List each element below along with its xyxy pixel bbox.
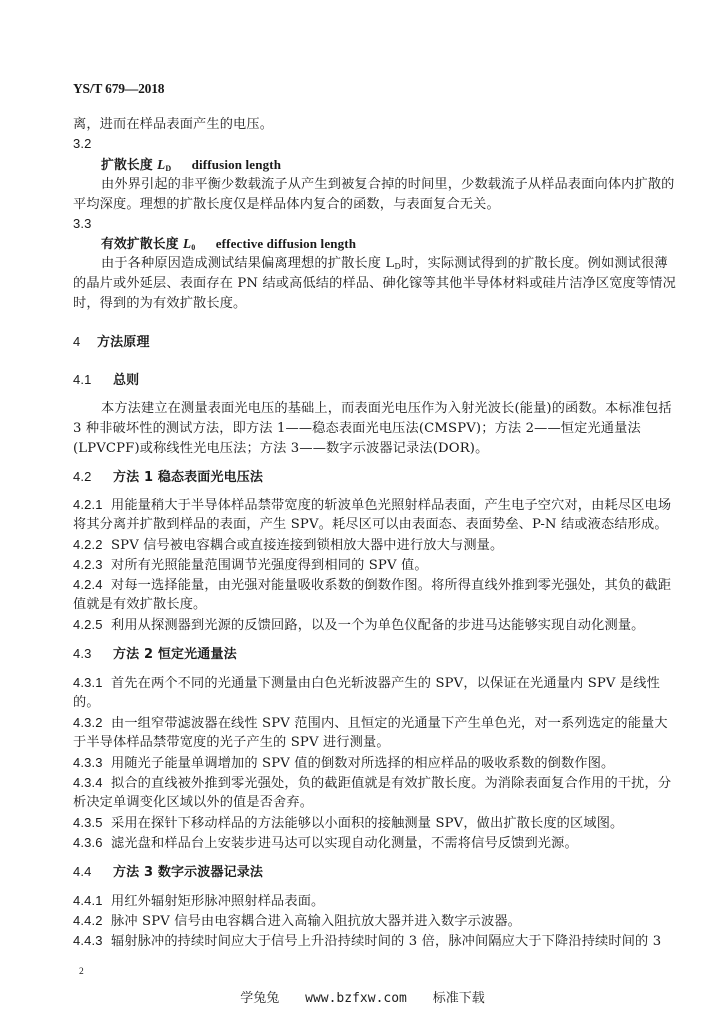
term-symbol: L0 <box>183 236 195 251</box>
footer-watermark: 学兔兔 www.bzfxw.com 标准下载 <box>0 987 725 1006</box>
footer-site-name: 学兔兔 <box>240 991 279 1006</box>
section-heading-4-3: 4.3方法 2 恒定光通量法 <box>73 646 237 663</box>
clause-4-4-3: 4.4.3辐射脉冲的持续时间应大于信号上升沿持续时间的 3 倍，脉冲间隔应大于下… <box>73 933 661 950</box>
paragraph-line: 时，得到的为有效扩散长度。 <box>73 296 246 312</box>
paragraph-line: 析决定单调变化区域以外的值是否舍弃。 <box>73 795 313 811</box>
section-heading-4-2: 4.2方法 1 稳态表面光电压法 <box>73 469 263 486</box>
standard-code-header: YS/T 679—2018 <box>73 81 164 97</box>
clause-4-2-3: 4.2.3对所有光照能量范围调节光强度得到相同的 SPV 值。 <box>73 557 428 574</box>
clause-4-2-1: 4.2.1用能量稍大于半导体样品禁带宽度的斩波单色光照射样品表面，产生电子空穴对… <box>73 497 671 514</box>
clause-4-2-4: 4.2.4对每一选择能量，由光强对能量吸收系数的倒数作图。将所得直线外推到零光强… <box>73 577 671 594</box>
clause-4-3-3: 4.3.3用随光子能量单调增加的 SPV 值的倒数对所选择的相应样品的吸收系数的… <box>73 755 614 772</box>
paragraph-line: 平均深度。理想的扩散长度仅是样品体内复合的函数，与表面复合无关。 <box>73 197 500 213</box>
paragraph-line: 于半导体样品禁带宽度的光子产生的 SPV 进行测量。 <box>73 735 390 751</box>
paragraph-line: 本方法建立在测量表面光电压的基础上，而表面光电压作为入射光波长(能量)的函数。本… <box>101 401 672 417</box>
clause-4-3-1: 4.3.1首先在两个不同的光通量下测量由白色光斩波器产生的 SPV，以保证在光通… <box>73 675 660 692</box>
paragraph-line: 的晶片或外延层、表面存在 PN 结或高低结的样品、砷化镓等其他半导体材料或硅片洁… <box>73 276 676 292</box>
document-page: YS/T 679—2018 离，进而在样品表面产生的电压。 3.2 扩散长度 L… <box>0 0 725 1024</box>
term-title-3-3: 有效扩散长度 L0 effective diffusion length <box>101 236 356 256</box>
term-number-3-2: 3.2 <box>73 136 92 152</box>
paragraph-line: 由外界引起的非平衡少数载流子从产生到被复合掉的时间里，少数载流子从样品表面向体内… <box>101 177 675 193</box>
clause-4-4-2: 4.4.2脉冲 SPV 信号由电容耦合进入高输入阻抗放大器并进入数字示波器。 <box>73 913 521 930</box>
paragraph-line: 的。 <box>73 695 100 711</box>
footer-url[interactable]: www.bzfxw.com <box>305 991 407 1006</box>
section-heading-4-1: 4.1总则 <box>73 372 139 389</box>
clause-4-3-4: 4.3.4拟合的直线被外推到零光强处，负的截距值就是有效扩散长度。为消除表面复合… <box>73 775 671 792</box>
term-symbol: LD <box>157 157 171 172</box>
clause-4-3-5: 4.3.5采用在探针下移动样品的方法能够以小面积的接触测量 SPV，做出扩散长度… <box>73 815 623 832</box>
footer-tagline: 标准下载 <box>433 991 485 1006</box>
term-en: effective diffusion length <box>216 236 356 251</box>
clause-4-3-2: 4.3.2由一组窄带滤波器在线性 SPV 范围内、且恒定的光通量下产生单色光，对… <box>73 715 668 732</box>
section-heading-4-4: 4.4方法 3 数字示波器记录法 <box>73 864 263 881</box>
term-cn: 有效扩散长度 <box>101 237 179 252</box>
continuation-text: 离，进而在样品表面产生的电压。 <box>73 117 273 133</box>
paragraph-line: 将其分离并扩散到样品的表面，产生 SPV。耗尽区可以由表面态、表面势垒、P-N … <box>73 517 668 533</box>
clause-4-3-6: 4.3.6滤光盘和样品台上安装步进马达可以实现自动化测量，不需将信号反馈到光源。 <box>73 835 578 852</box>
clause-4-4-1: 4.4.1用红外辐射矩形脉冲照射样品表面。 <box>73 893 324 910</box>
paragraph-line: 值就是有效扩散长度。 <box>73 597 206 613</box>
term-number-3-3: 3.3 <box>73 216 92 232</box>
paragraph-line: 3 种非破坏性的测试方法，即方法 1——稳态表面光电压法(CMSPV)；方法 2… <box>73 421 641 437</box>
term-title-3-2: 扩散长度 LD diffusion length <box>101 157 281 177</box>
term-cn: 扩散长度 <box>101 158 153 173</box>
page-number: 2 <box>79 967 84 977</box>
paragraph-line: 由于各种原因造成测试结果偏离理想的扩散长度 LD时，实际测试得到的扩散长度。例如… <box>101 256 668 275</box>
term-en: diffusion length <box>192 157 281 172</box>
section-heading-4: 4方法原理 <box>73 334 150 351</box>
clause-4-2-5: 4.2.5利用从探测器到光源的反馈回路，以及一个为单色仪配备的步进马达能够实现自… <box>73 617 645 634</box>
clause-4-2-2: 4.2.2SPV 信号被电容耦合或直接连接到锁相放大器中进行放大与测量。 <box>73 537 503 554</box>
paragraph-line: (LPVCPF)或称线性光电压法；方法 3——数字示波器记录法(DOR)。 <box>73 441 488 457</box>
